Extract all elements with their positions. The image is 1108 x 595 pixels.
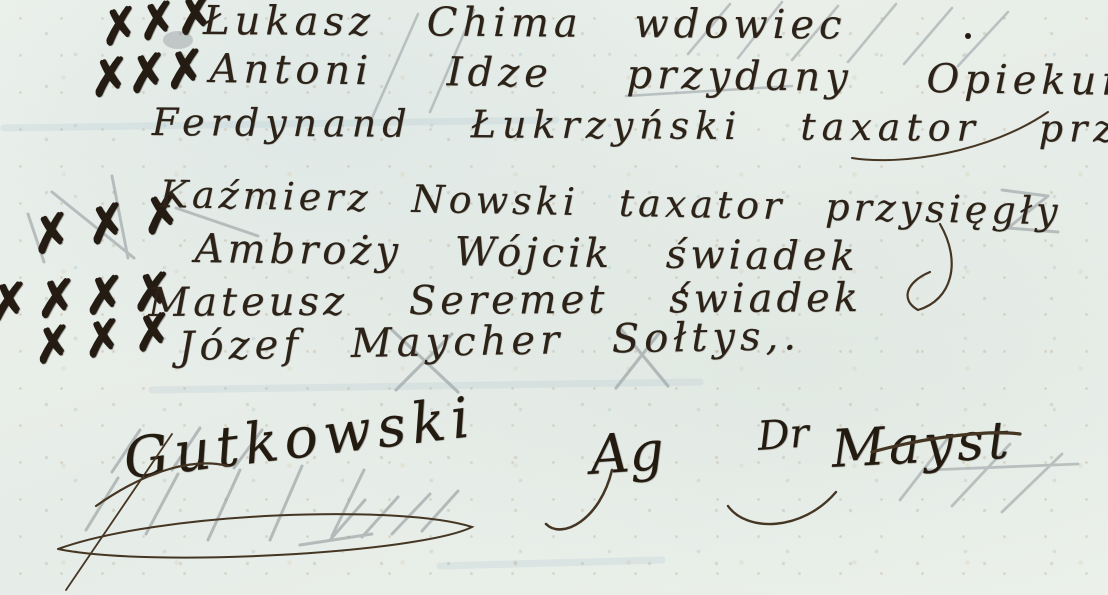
signature-pen-stroke bbox=[66, 434, 172, 590]
signature-entry-swash bbox=[96, 463, 228, 506]
right-signature-descender bbox=[728, 492, 836, 524]
ink-splatter-dot bbox=[680, 288, 685, 293]
t-crossbar-flourish bbox=[872, 433, 1020, 452]
signature-paraph-loop bbox=[58, 514, 472, 557]
line4-descender-loop bbox=[908, 224, 952, 310]
line3-underline-swash bbox=[852, 112, 1048, 160]
ink-splatter-dot bbox=[965, 33, 971, 39]
ink-flourishes-layer bbox=[0, 0, 1108, 595]
manuscript-page: ✗✗✗ ✗✗✗ ✗✗✗ ✗✗✗✗ ✗✗✗ Łukasz Chima wdowie… bbox=[0, 0, 1108, 595]
right-signature-loop bbox=[546, 470, 612, 529]
